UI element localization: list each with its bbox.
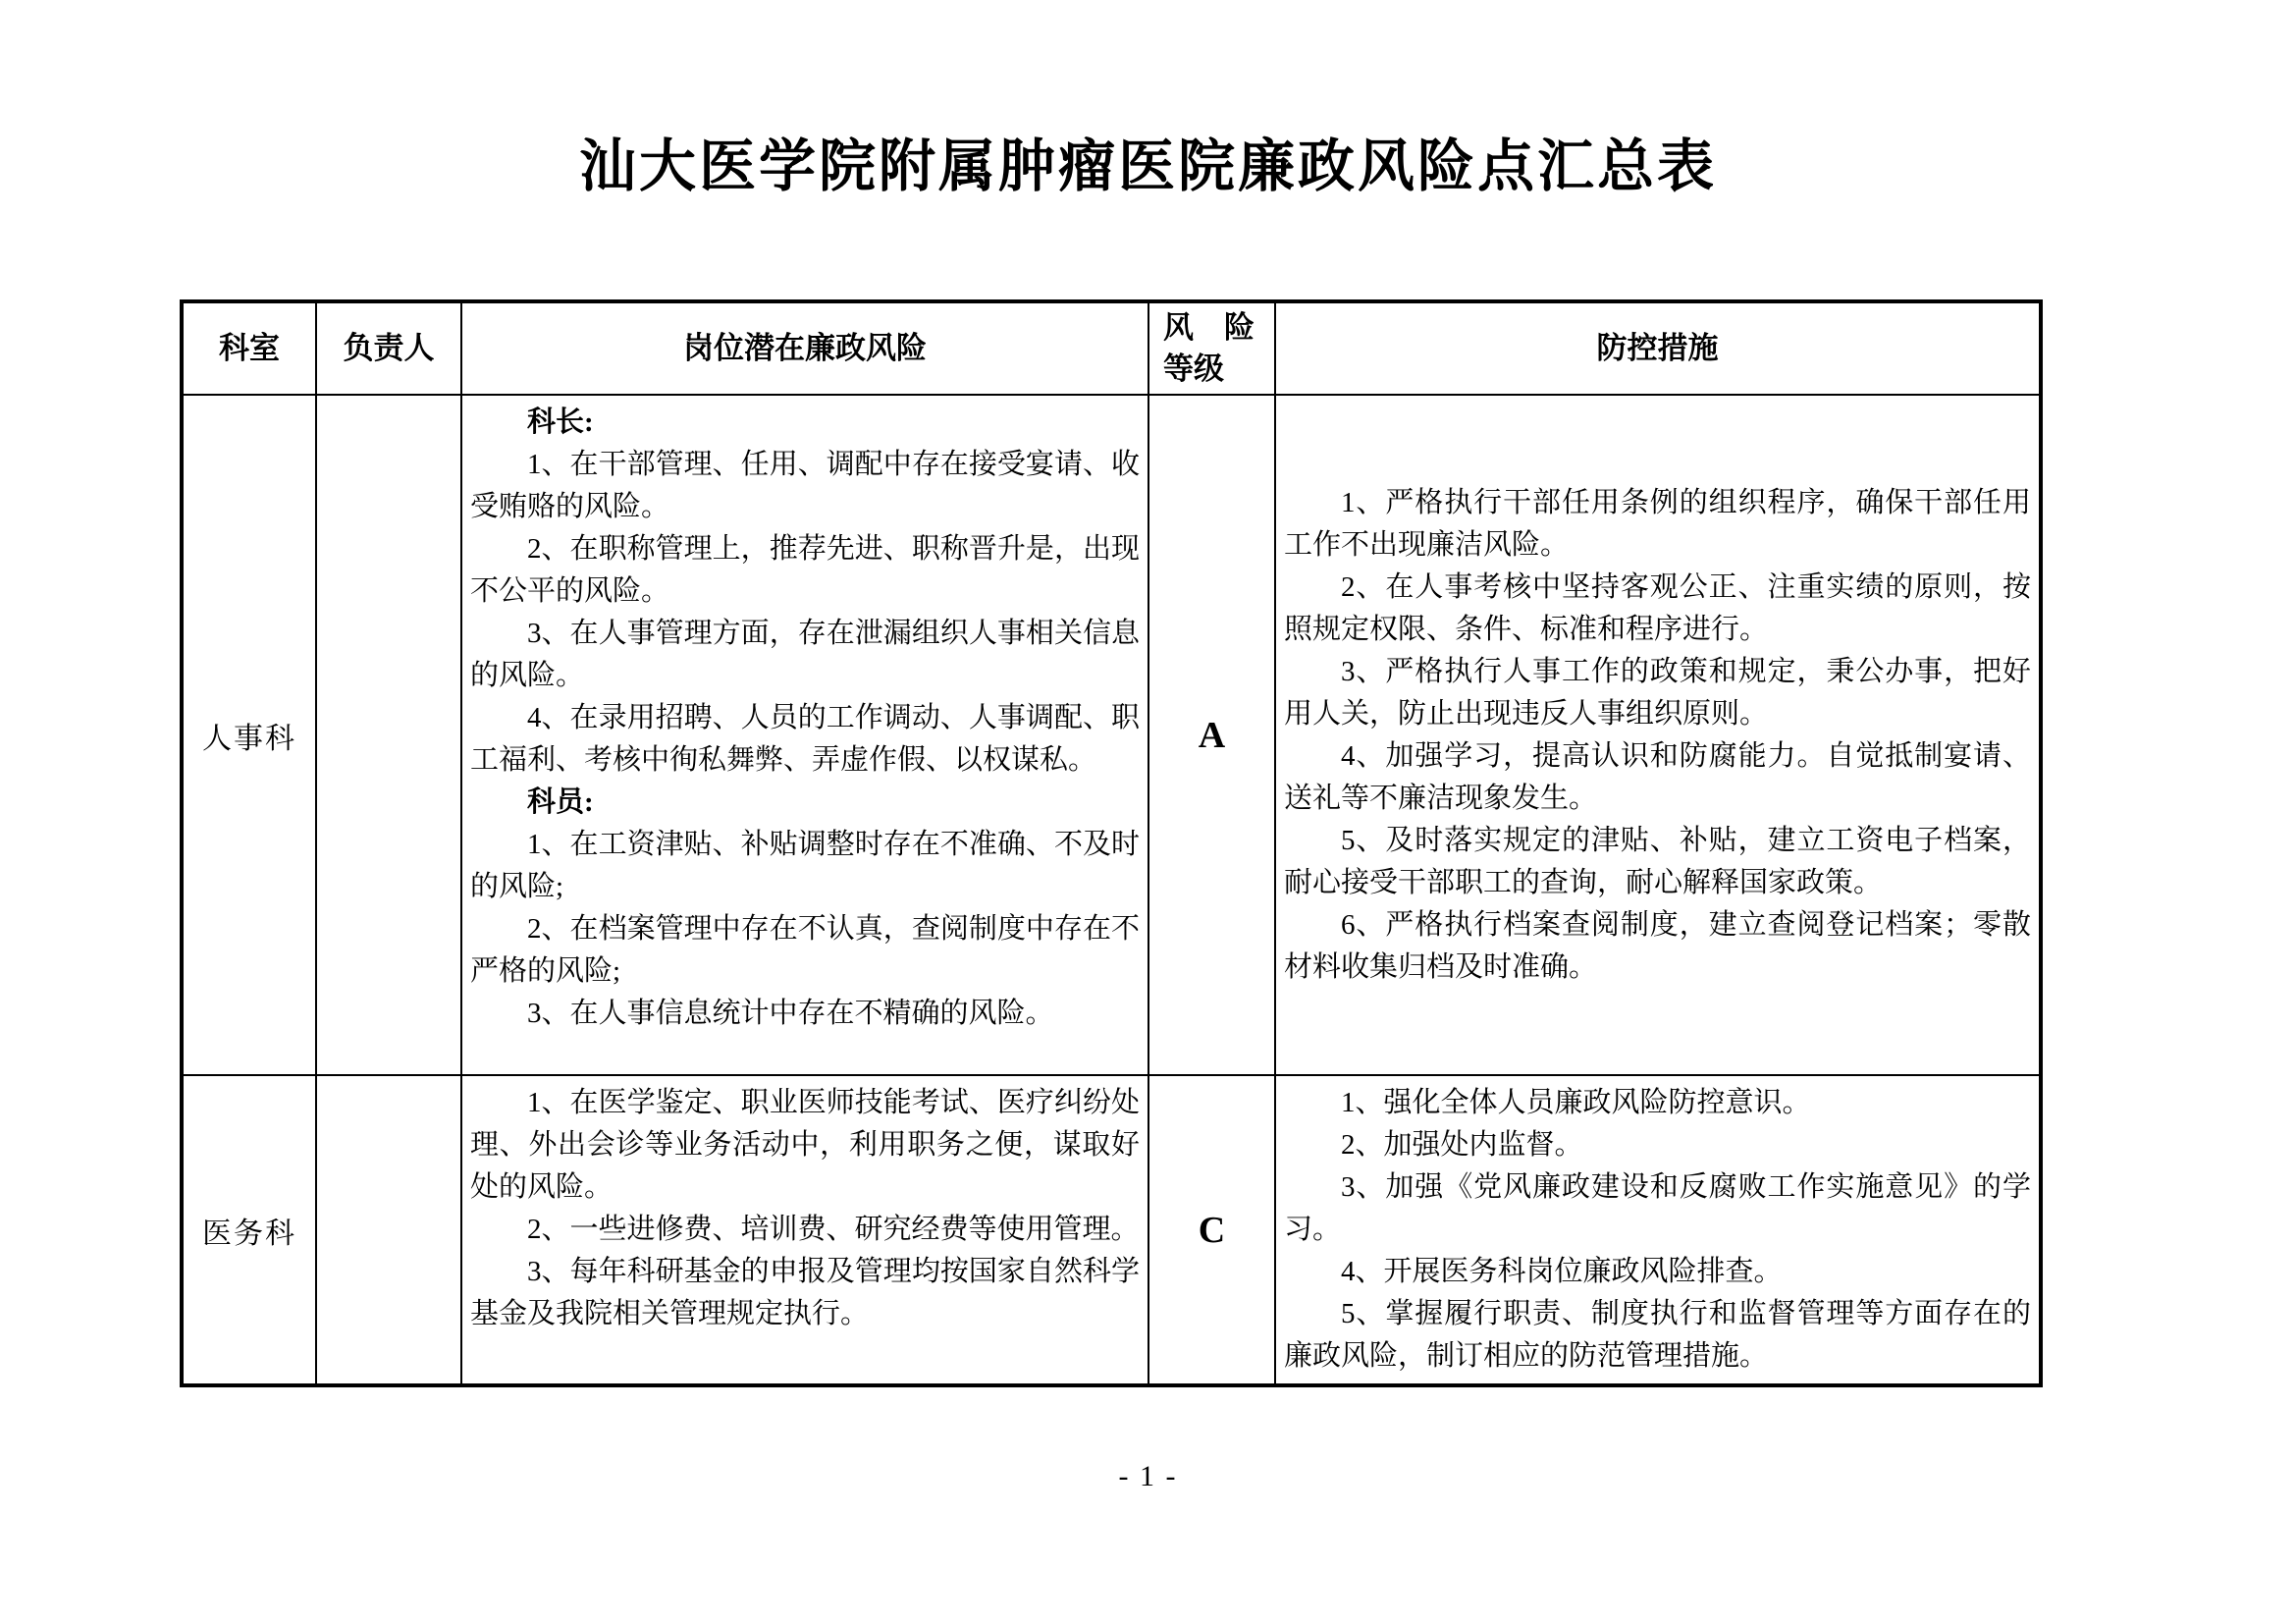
page-number: - 1 - bbox=[0, 1460, 2296, 1493]
header-risk-level-line1: 风 险 bbox=[1163, 307, 1260, 349]
table-row: 人事科 科长:1、在干部管理、任用、调配中存在接受宴请、收受贿赂的风险。2、在职… bbox=[182, 395, 2041, 1075]
paragraph: 6、严格执行档案查阅制度，建立查阅登记档案；零散材料收集归档及时准确。 bbox=[1284, 904, 2031, 989]
person-cell bbox=[316, 395, 461, 1075]
header-department: 科室 bbox=[182, 301, 316, 395]
paragraph: 2、在人事考核中坚持客观公正、注重实绩的原则，按照规定权限、条件、标准和程序进行… bbox=[1284, 567, 2031, 651]
header-measures: 防控措施 bbox=[1275, 301, 2041, 395]
paragraph: 科长: bbox=[470, 402, 1140, 444]
risk-cell: 1、在医学鉴定、职业医师技能考试、医疗纠纷处理、外出会诊等业务活动中，利用职务之… bbox=[461, 1075, 1148, 1385]
paragraph: 4、加强学习，提高认识和防腐能力。自觉抵制宴请、送礼等不廉洁现象发生。 bbox=[1284, 735, 2031, 820]
table-row: 医务科 1、在医学鉴定、职业医师技能考试、医疗纠纷处理、外出会诊等业务活动中，利… bbox=[182, 1075, 2041, 1385]
paragraph: 3、严格执行人事工作的政策和规定，秉公办事，把好用人关，防止出现违反人事组织原则… bbox=[1284, 651, 2031, 735]
paragraph: 1、强化全体人员廉政风险防控意识。 bbox=[1284, 1082, 2031, 1124]
risk-cell: 科长:1、在干部管理、任用、调配中存在接受宴请、收受贿赂的风险。2、在职称管理上… bbox=[461, 395, 1148, 1075]
risk-level-cell: C bbox=[1148, 1075, 1275, 1385]
paragraph: 1、在工资津贴、补贴调整时存在不准确、不及时的风险; bbox=[470, 824, 1140, 908]
paragraph: 2、加强处内监督。 bbox=[1284, 1124, 2031, 1166]
measures-cell: 1、严格执行干部任用条例的组织程序，确保干部任用工作不出现廉洁风险。2、在人事考… bbox=[1275, 395, 2041, 1075]
header-person: 负责人 bbox=[316, 301, 461, 395]
paragraph: 4、在录用招聘、人员的工作调动、人事调配、职工福利、考核中徇私舞弊、弄虚作假、以… bbox=[470, 697, 1140, 782]
paragraph: 4、开展医务科岗位廉政风险排查。 bbox=[1284, 1251, 2031, 1293]
paragraph: 1、严格执行干部任用条例的组织程序，确保干部任用工作不出现廉洁风险。 bbox=[1284, 482, 2031, 567]
measures-paragraphs: 1、严格执行干部任用条例的组织程序，确保干部任用工作不出现廉洁风险。2、在人事考… bbox=[1284, 482, 2031, 989]
paragraph: 3、加强《党风廉政建设和反腐败工作实施意见》的学习。 bbox=[1284, 1166, 2031, 1251]
document-page: 汕大医学院附属肿瘤医院廉政风险点汇总表 科室 负责人 岗位潜在廉政风险 风 险 … bbox=[0, 0, 2296, 1624]
paragraph: 1、在干部管理、任用、调配中存在接受宴请、收受贿赂的风险。 bbox=[470, 444, 1140, 528]
department-cell: 医务科 bbox=[182, 1075, 316, 1385]
paragraph: 5、及时落实规定的津贴、补贴，建立工资电子档案，耐心接受干部职工的查询，耐心解释… bbox=[1284, 820, 2031, 904]
paragraph: 2、在档案管理中存在不认真，查阅制度中存在不严格的风险; bbox=[470, 908, 1140, 993]
header-risk-level: 风 险 等级 bbox=[1148, 301, 1275, 395]
paragraph: 5、掌握履行职责、制度执行和监督管理等方面存在的廉政风险，制订相应的防范管理措施… bbox=[1284, 1293, 2031, 1378]
measures-paragraphs: 1、强化全体人员廉政风险防控意识。2、加强处内监督。3、加强《党风廉政建设和反腐… bbox=[1284, 1082, 2031, 1378]
person-cell bbox=[316, 1075, 461, 1385]
paragraph: 1、在医学鉴定、职业医师技能考试、医疗纠纷处理、外出会诊等业务活动中，利用职务之… bbox=[470, 1082, 1140, 1209]
measures-cell: 1、强化全体人员廉政风险防控意识。2、加强处内监督。3、加强《党风廉政建设和反腐… bbox=[1275, 1075, 2041, 1385]
page-title: 汕大医学院附属肿瘤医院廉政风险点汇总表 bbox=[0, 120, 2296, 202]
paragraph: 2、在职称管理上，推荐先进、职称晋升是，出现不公平的风险。 bbox=[470, 528, 1140, 613]
paragraph: 科员: bbox=[470, 782, 1140, 824]
risk-paragraphs: 1、在医学鉴定、职业医师技能考试、医疗纠纷处理、外出会诊等业务活动中，利用职务之… bbox=[470, 1082, 1140, 1335]
risk-level-cell: A bbox=[1148, 395, 1275, 1075]
paragraph: 3、每年科研基金的申报及管理均按国家自然科学基金及我院相关管理规定执行。 bbox=[470, 1251, 1140, 1335]
department-cell: 人事科 bbox=[182, 395, 316, 1075]
header-risk-level-line2: 等级 bbox=[1163, 349, 1260, 390]
paragraph: 2、一些进修费、培训费、研究经费等使用管理。 bbox=[470, 1209, 1140, 1251]
table-header-row: 科室 负责人 岗位潜在廉政风险 风 险 等级 防控措施 bbox=[182, 301, 2041, 395]
risk-summary-table: 科室 负责人 岗位潜在廉政风险 风 险 等级 防控措施 人事科 科长:1、在干部… bbox=[180, 299, 2043, 1387]
header-risk: 岗位潜在廉政风险 bbox=[461, 301, 1148, 395]
risk-paragraphs: 科长:1、在干部管理、任用、调配中存在接受宴请、收受贿赂的风险。2、在职称管理上… bbox=[470, 402, 1140, 1035]
paragraph: 3、在人事管理方面，存在泄漏组织人事相关信息的风险。 bbox=[470, 613, 1140, 697]
paragraph: 3、在人事信息统计中存在不精确的风险。 bbox=[470, 993, 1140, 1035]
